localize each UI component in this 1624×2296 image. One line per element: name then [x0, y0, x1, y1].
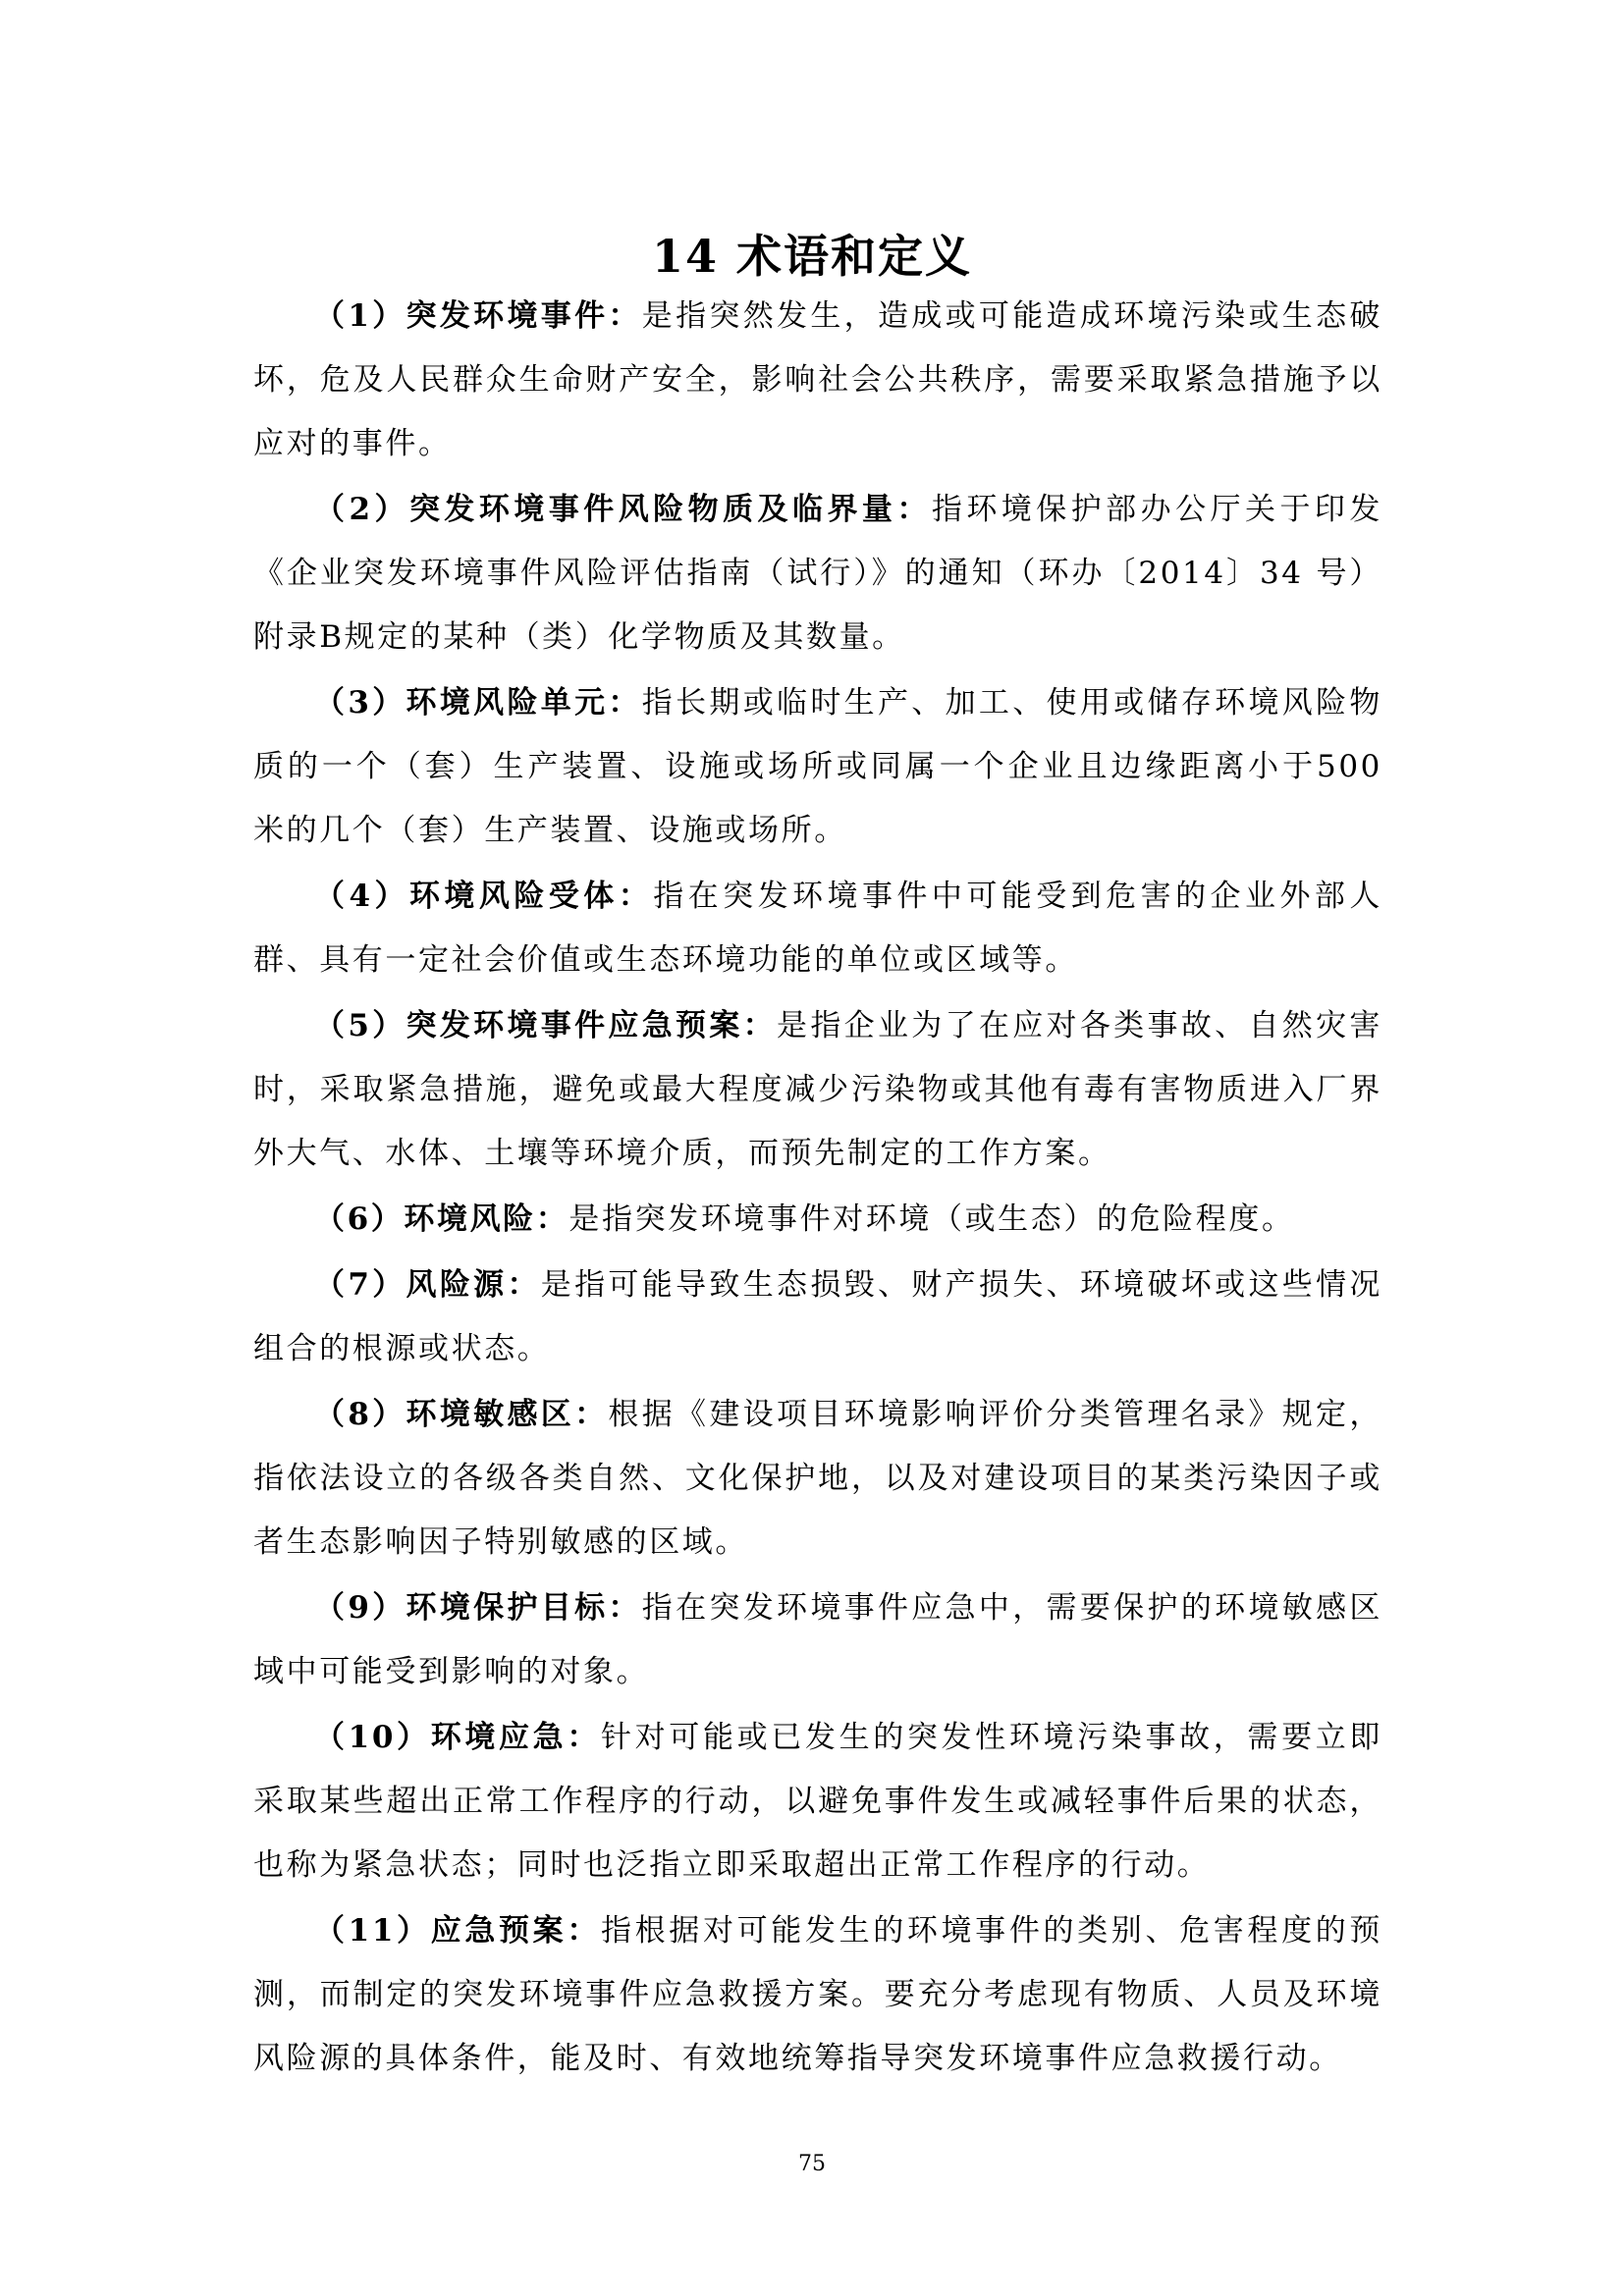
term-item: （11）应急预案：指根据对可能发生的环境事件的类别、危害程度的预测，而制定的突发…: [253, 1899, 1382, 2091]
term-label: （8）环境敏感区：: [314, 1397, 608, 1432]
term-label: （10）环境应急：: [314, 1720, 601, 1755]
term-label: （1）突发环境事件：: [314, 298, 642, 334]
term-item: （2）突发环境事件风险物质及临界量：指环境保护部办公厅关于印发《企业突发环境事件…: [253, 478, 1382, 669]
term-item: （6）环境风险：是指突发环境事件对环境（或生态）的危险程度。: [253, 1188, 1382, 1252]
term-label: （11）应急预案：: [314, 1913, 601, 1949]
document-page: 14 术语和定义 （1）突发环境事件：是指突然发生，造成或可能造成环境污染或生态…: [0, 0, 1624, 2296]
term-label: （5）突发环境事件应急预案：: [314, 1008, 777, 1043]
page-number: 75: [0, 2150, 1624, 2179]
term-item: （10）环境应急：针对可能或已发生的突发性环境污染事故，需要立即采取某些超出正常…: [253, 1706, 1382, 1897]
term-label: （7）风险源：: [314, 1267, 541, 1303]
term-item: （1）突发环境事件：是指突然发生，造成或可能造成环境污染或生态破坏，危及人民群众…: [253, 285, 1382, 476]
term-label: （4）环境风险受体：: [314, 879, 653, 914]
terms-list: （1）突发环境事件：是指突然发生，造成或可能造成环境污染或生态破坏，危及人民群众…: [253, 285, 1382, 2091]
term-item: （9）环境保护目标：指在突发环境事件应急中，需要保护的环境敏感区域中可能受到影响…: [253, 1576, 1382, 1704]
term-item: （5）突发环境事件应急预案：是指企业为了在应对各类事故、自然灾害时，采取紧急措施…: [253, 994, 1382, 1186]
term-label: （3）环境风险单元：: [314, 685, 642, 721]
term-label: （9）环境保护目标：: [314, 1590, 642, 1626]
term-label: （6）环境风险：: [314, 1201, 568, 1237]
term-label: （2）突发环境事件风险物质及临界量：: [314, 492, 932, 527]
term-item: （3）环境风险单元：指长期或临时生产、加工、使用或储存环境风险物质的一个（套）生…: [253, 671, 1382, 863]
term-definition: 是指突发环境事件对环境（或生态）的危险程度。: [568, 1201, 1294, 1237]
section-title: 14 术语和定义: [0, 227, 1624, 286]
term-item: （8）环境敏感区：根据《建设项目环境影响评价分类管理名录》规定，指依法设立的各级…: [253, 1383, 1382, 1575]
term-item: （7）风险源：是指可能导致生态损毁、财产损失、环境破坏或这些情况组合的根源或状态…: [253, 1254, 1382, 1381]
term-item: （4）环境风险受体：指在突发环境事件中可能受到危害的企业外部人群、具有一定社会价…: [253, 865, 1382, 992]
